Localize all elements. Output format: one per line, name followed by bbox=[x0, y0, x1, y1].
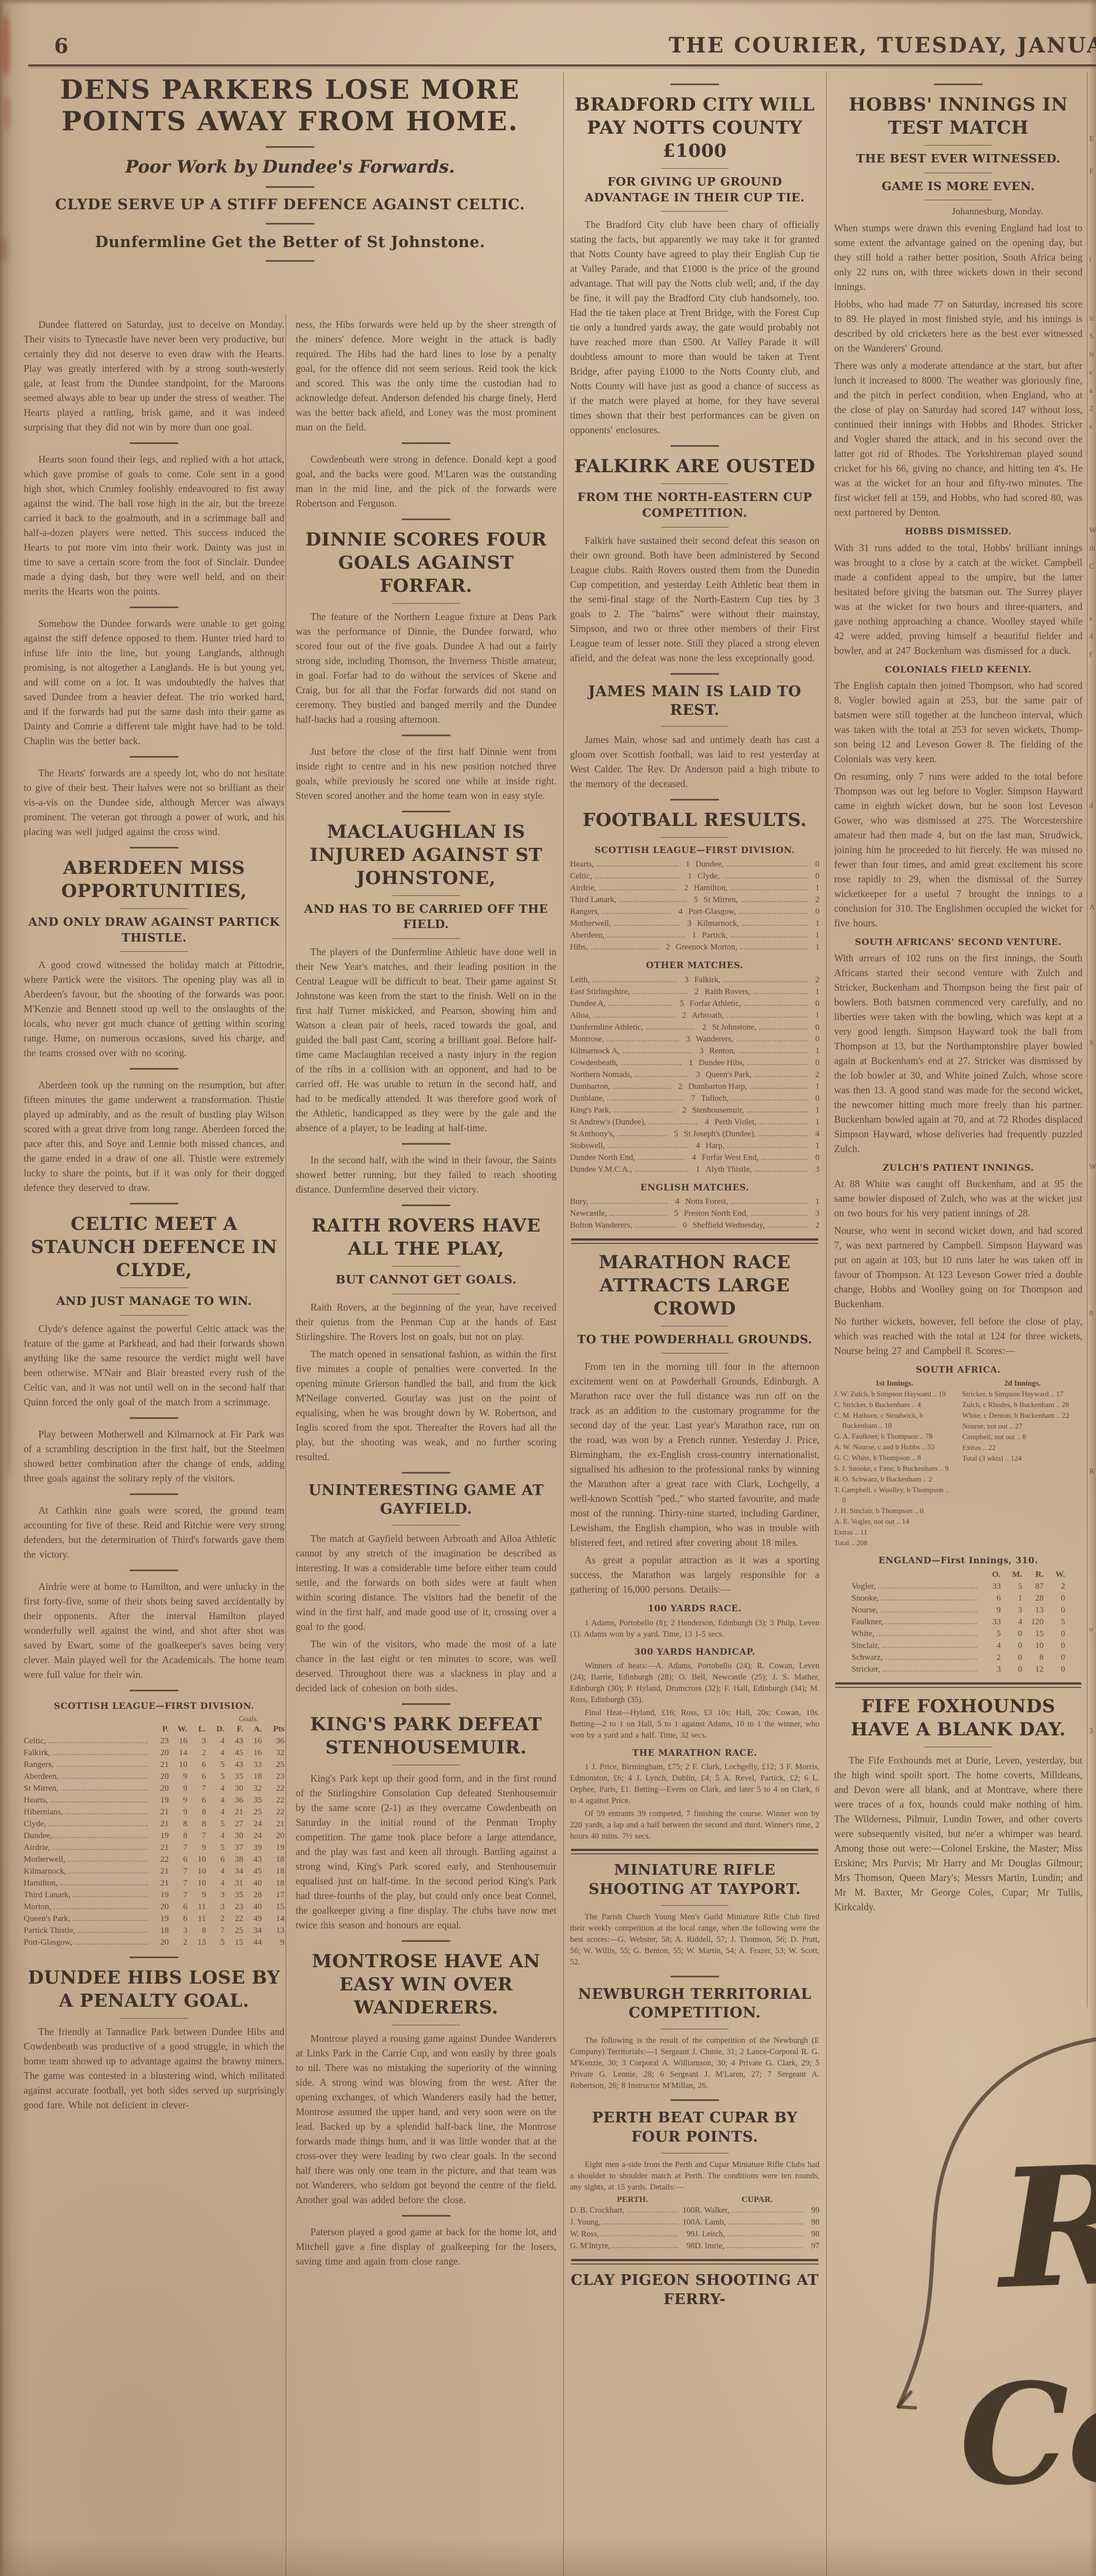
divider bbox=[661, 1326, 729, 1326]
divider bbox=[266, 223, 314, 225]
paragraph: The Parish Church Young Men's Guild Mini… bbox=[570, 1911, 819, 1968]
away-team: Sheffield Wednesday, bbox=[687, 1220, 765, 1232]
divider bbox=[670, 2099, 719, 2101]
small-subhead: SCOTTISH LEAGUE—FIRST DIVISION. bbox=[570, 843, 819, 856]
dot-leader bbox=[74, 1944, 148, 1945]
league-cell: 3 bbox=[169, 1925, 187, 1937]
divider bbox=[120, 951, 188, 952]
league-cell: 21 bbox=[262, 1818, 284, 1830]
league-row: Hearts,19964363522 bbox=[24, 1795, 284, 1806]
home-team: Airdrie, bbox=[570, 882, 596, 894]
league-cell: 22 bbox=[150, 1854, 169, 1866]
home-team: Stobswell, bbox=[570, 1140, 605, 1152]
league-cell: 6 bbox=[187, 1759, 206, 1771]
dot-leader bbox=[882, 1671, 977, 1672]
first-innings: J. W. Zulch, b Simpson Hayward .. 19C. S… bbox=[834, 1389, 954, 1549]
cut-text-fragment: W bbox=[1089, 1162, 1096, 1171]
home-score: 3 bbox=[681, 1034, 690, 1045]
masthead-title: THE COURIER, TUESDAY, JANUARY bbox=[669, 34, 1096, 57]
divider bbox=[571, 1849, 818, 1854]
shooter-name: W. Ross, bbox=[570, 2228, 599, 2240]
bowling-row: Stricker,30120 bbox=[852, 1664, 1065, 1676]
home-team: Dumbarton, bbox=[570, 1081, 610, 1093]
bowler-name: Nourse, bbox=[852, 1604, 878, 1616]
divider bbox=[934, 83, 983, 85]
paragraph: James Main, whose sad and untimely death… bbox=[570, 732, 819, 791]
column-rule bbox=[286, 314, 286, 2576]
detail-row: W. Ross,99J. Leitch,98 bbox=[570, 2228, 819, 2240]
divider bbox=[266, 260, 314, 262]
dot-leader bbox=[603, 2223, 678, 2225]
bowling-cell: 0 bbox=[1044, 1628, 1065, 1640]
paragraph: Cowdenbeath were strong in defence. Dona… bbox=[296, 452, 556, 511]
away-team: Hamilton, bbox=[688, 882, 727, 894]
league-cell: 7 bbox=[169, 1866, 187, 1878]
away-score: 0 bbox=[810, 906, 819, 918]
falkirk-ousted: FALKIRK ARE OUSTEDFROM THE NORTH-EASTERN… bbox=[570, 445, 819, 665]
dot-leader bbox=[753, 993, 808, 994]
dot-leader bbox=[751, 1215, 808, 1216]
league-cell: 22 bbox=[262, 1806, 284, 1818]
bowling-cell: 0 bbox=[1044, 1604, 1065, 1616]
paragraph: King's Park kept up their good form, and… bbox=[296, 1771, 556, 1932]
home-score: 2 bbox=[677, 1010, 686, 1022]
league-cell: 19 bbox=[150, 1913, 169, 1925]
home-score: 4 bbox=[670, 1196, 679, 1208]
bowling-row: Schwarz,2080 bbox=[852, 1652, 1065, 1664]
bowling-analysis: O.M.R.W.Vogler,335872Snooke,61280Nourse,… bbox=[852, 1569, 1065, 1676]
league-header-cell: W. bbox=[169, 1724, 187, 1735]
away-score: 4 bbox=[810, 1128, 819, 1140]
league-cell: 21 bbox=[150, 1806, 169, 1818]
league-cell: 49 bbox=[243, 1913, 262, 1925]
dot-leader bbox=[591, 948, 659, 949]
dot-leader bbox=[56, 1766, 148, 1767]
league-cell: 18 bbox=[262, 1878, 284, 1889]
bowling-cell: 9 bbox=[979, 1604, 1001, 1616]
cut-text-fragment: f bbox=[1089, 650, 1092, 659]
bowler-name: Schwarz, bbox=[852, 1652, 883, 1664]
kings-park: KING'S PARK DEFEAT STENHOUSEMUIR.King's … bbox=[296, 1703, 556, 1932]
home-team: Dundee Y.M.C.A., bbox=[570, 1164, 632, 1176]
result-row: East Stirlingshire,2Raith Rovers,1 bbox=[570, 986, 819, 998]
paragraph: There was only a moderate attendance at … bbox=[834, 358, 1082, 520]
league-cell: 8 bbox=[169, 1830, 187, 1842]
league-cell: 39 bbox=[243, 1842, 262, 1854]
dot-leader bbox=[619, 901, 686, 902]
left-entry: G. M'Intyre,98 bbox=[570, 2240, 695, 2252]
bowling-cell: 5 bbox=[1001, 1581, 1022, 1593]
league-cell: 2 bbox=[169, 1937, 187, 1949]
result-row: Alloa,2Arbroath,1 bbox=[570, 1010, 819, 1022]
dot-leader bbox=[885, 1659, 977, 1660]
league-cell: 4 bbox=[206, 1735, 225, 1747]
league-cell: 20 bbox=[150, 1901, 169, 1913]
dot-leader bbox=[731, 2212, 803, 2213]
second-innings-label: 2d Innings. bbox=[962, 1379, 1082, 1388]
league-row: St Mirren,20974303222 bbox=[24, 1783, 284, 1795]
divider bbox=[392, 1266, 460, 1267]
divider bbox=[661, 1905, 729, 1906]
league-cell: 14 bbox=[262, 1913, 284, 1925]
bowling-cell: 8 bbox=[1022, 1652, 1044, 1664]
dot-leader bbox=[52, 1754, 148, 1755]
away-score: 1 bbox=[810, 1196, 819, 1208]
away-team: Alyth Thistle, bbox=[700, 1164, 752, 1176]
league-cell: 45 bbox=[243, 1866, 262, 1878]
league-cell: 18 bbox=[262, 1854, 284, 1866]
result-row: Dundee North End,4Forfar West End,0 bbox=[570, 1152, 819, 1164]
dot-leader bbox=[77, 1932, 148, 1933]
left-entry: J. Young,100 bbox=[570, 2217, 695, 2228]
result-row: Kilmarnock A,3Renton,1 bbox=[570, 1045, 819, 1057]
league-cell: 30 bbox=[225, 1830, 243, 1842]
bowling-cell: 15 bbox=[1022, 1628, 1044, 1640]
league-cell: 6 bbox=[169, 1854, 187, 1866]
away-team: Forfar West End, bbox=[696, 1152, 759, 1164]
shooter-score: 99 bbox=[680, 2228, 695, 2240]
football-results: FOOTBALL RESULTS.SCOTTISH LEAGUE—FIRST D… bbox=[570, 799, 819, 1232]
dot-leader bbox=[617, 1135, 666, 1136]
league-cell: 20 bbox=[150, 1747, 169, 1759]
paragraph: Dundee flattered on Saturday, just to de… bbox=[24, 317, 284, 434]
paragraph: Hearts soon found their legs, and replie… bbox=[24, 452, 284, 599]
divider bbox=[392, 938, 460, 939]
shooter-name: D. Imrie, bbox=[695, 2240, 725, 2252]
home-score: 5 bbox=[675, 998, 684, 1010]
home-team: Dundee North End, bbox=[570, 1152, 635, 1164]
league-cell: 5 bbox=[206, 1771, 225, 1783]
league-cell: 14 bbox=[169, 1747, 187, 1759]
league-cell: 19 bbox=[262, 1842, 284, 1854]
montrose-wanderers: MONTROSE HAVE AN EASY WIN OVER WANDERERS… bbox=[296, 1940, 556, 2269]
away-score: 0 bbox=[810, 1057, 819, 1069]
league-cell: 18 bbox=[150, 1925, 169, 1937]
batting-line: Zulch, c Rhodes, b Buckenham .. 28 bbox=[962, 1400, 1082, 1410]
league-cell: 9 bbox=[169, 1795, 187, 1806]
club-name: Falkirk, bbox=[24, 1747, 50, 1759]
away-score: 2 bbox=[810, 1220, 819, 1232]
right-entry: R. Walker,99 bbox=[695, 2205, 819, 2217]
league-cell: 45 bbox=[225, 1747, 243, 1759]
dot-leader bbox=[731, 1203, 808, 1204]
bowler-name: Snooke, bbox=[852, 1593, 879, 1604]
paragraph: The feature of the Northern League fixtu… bbox=[296, 609, 556, 727]
league-cell: 4 bbox=[206, 1783, 225, 1795]
divider bbox=[130, 1570, 178, 1571]
home-score: 1 bbox=[681, 859, 690, 871]
away-team: Clyde, bbox=[692, 871, 720, 882]
batting-line: Total (3 wkts) .. 124 bbox=[962, 1453, 1082, 1463]
bowling-cell: 4 bbox=[1001, 1616, 1022, 1628]
column-3: BRADFORD CITY WILL PAY NOTTS COUNTY £100… bbox=[570, 76, 819, 2576]
column-1: Dundee flattered on Saturday, just to de… bbox=[24, 317, 284, 2576]
cut-text-fragment: W bbox=[1089, 526, 1096, 535]
bowling-row: Snooke,61280 bbox=[852, 1593, 1065, 1604]
result-row: Northern Nomads,3Queen's Park,2 bbox=[570, 1069, 819, 1081]
bowling-header-cell: R. bbox=[1022, 1569, 1044, 1581]
away-score: 3 bbox=[810, 1164, 819, 1176]
dot-leader bbox=[882, 1647, 977, 1648]
shooter-score: 98 bbox=[805, 2217, 819, 2228]
league-cell: 10 bbox=[187, 1854, 206, 1866]
aberdeen-partick: ABERDEEN MISS OPPORTUNITIES,AND ONLY DRA… bbox=[24, 847, 284, 1195]
league-cell: 44 bbox=[243, 1937, 262, 1949]
headline: BRADFORD CITY WILL PAY NOTTS COUNTY £100… bbox=[570, 93, 819, 162]
first-innings-label: 1st Innings. bbox=[834, 1379, 954, 1388]
result-row: Montrose,3Wanderers,0 bbox=[570, 1034, 819, 1045]
club-name: Dundee, bbox=[24, 1830, 52, 1842]
cut-text-fragment: C bbox=[1089, 562, 1094, 571]
home-team: East Stirlingshire, bbox=[570, 986, 630, 998]
away-score: 1 bbox=[810, 1140, 819, 1152]
home-score: 3 bbox=[691, 1069, 700, 1081]
column-rule bbox=[563, 72, 564, 2576]
dot-leader bbox=[755, 1076, 808, 1077]
dot-leader bbox=[635, 1171, 688, 1172]
away-team: Renton, bbox=[704, 1045, 735, 1057]
league-cell: 33 bbox=[243, 1759, 262, 1771]
league-row: Clyde,21885272421 bbox=[24, 1818, 284, 1830]
home-score: 5 bbox=[669, 1208, 678, 1220]
headline: ABERDEEN MISS OPPORTUNITIES, bbox=[24, 856, 284, 903]
batting-line: Campbell, not out .. 8 bbox=[962, 1432, 1082, 1442]
small-subhead: ENGLAND—First Innings, 310. bbox=[834, 1554, 1082, 1567]
result-row: Dundee Y.M.C.A.,1Alyth Thistle,3 bbox=[570, 1164, 819, 1176]
league-header-cell: D. bbox=[206, 1724, 225, 1735]
league-header-row: P.W.L.D.F.A.Pts bbox=[24, 1724, 284, 1735]
bowler-name: Sinclair, bbox=[852, 1640, 880, 1652]
paragraph: Nourse, who went in second wicket down, … bbox=[834, 1223, 1082, 1311]
league-cell: 21 bbox=[225, 1806, 243, 1818]
league-cell: 13 bbox=[262, 1925, 284, 1937]
away-team: Harp, bbox=[700, 1140, 724, 1152]
paragraph: ness, the Hibs forwards were held up by … bbox=[296, 317, 556, 434]
batting-line: T. Campbell, c Woolley, b Thompson .. 0 bbox=[834, 1485, 954, 1505]
home-team: Kilmarnock A, bbox=[570, 1045, 620, 1057]
club-name: Partick Thistle, bbox=[24, 1925, 75, 1937]
headline: JAMES MAIN IS LAID TO REST. bbox=[570, 683, 819, 721]
divider bbox=[661, 2153, 729, 2153]
league-cell: 4 bbox=[206, 1806, 225, 1818]
divider bbox=[402, 1940, 450, 1942]
paragraph: The win of the visitors, who made the mo… bbox=[296, 1637, 556, 1695]
detail-row: D. B. Crockhart,100R. Walker,99 bbox=[570, 2205, 819, 2217]
away-score: 0 bbox=[810, 871, 819, 882]
innings-headers: 1st Innings.2d Innings. bbox=[834, 1379, 1082, 1388]
dot-leader bbox=[747, 1064, 808, 1065]
shooter-name: J. Young, bbox=[570, 2217, 600, 2228]
league-cell: 21 bbox=[150, 1842, 169, 1854]
club-name: Rangers, bbox=[24, 1759, 54, 1771]
dot-leader bbox=[73, 1920, 148, 1921]
dot-leader bbox=[52, 1849, 148, 1850]
scan-stain bbox=[1, 15, 10, 77]
away-team: St Mirren, bbox=[698, 894, 738, 906]
batting-line: C. Stricker, b Buckenham .. 4 bbox=[834, 1400, 954, 1410]
home-score: 1 bbox=[691, 1164, 700, 1176]
small-subhead: ZULCH'S PATIENT INNINGS. bbox=[834, 1161, 1082, 1174]
small-subhead: THE MARATHON RACE. bbox=[570, 1746, 819, 1759]
league-cell: 20 bbox=[150, 1937, 169, 1949]
masthead-rule bbox=[28, 64, 1096, 68]
dot-leader bbox=[885, 1623, 977, 1624]
headline: MACLAUGHLAN IS INJURED AGAINST ST JOHNST… bbox=[296, 820, 556, 890]
ad-script-word-2: Coo bbox=[958, 2362, 1096, 2505]
bowling-cell: 0 bbox=[1001, 1640, 1022, 1652]
league-cell: 7 bbox=[187, 1783, 206, 1795]
league-cell: 9 bbox=[169, 1771, 187, 1783]
divider bbox=[266, 186, 314, 188]
league-cell: 4 bbox=[206, 1878, 225, 1889]
league-row: Queen's Park,196112224914 bbox=[24, 1913, 284, 1925]
small-subhead: 100 YARDS RACE. bbox=[570, 1602, 819, 1615]
league-cell: 4 bbox=[206, 1747, 225, 1759]
divider bbox=[402, 1143, 450, 1145]
away-team: Dundee, bbox=[690, 859, 724, 871]
dot-leader bbox=[597, 865, 678, 867]
dot-leader bbox=[50, 1801, 148, 1803]
deck-headline: THE BEST EVER WITNESSED. bbox=[834, 151, 1082, 167]
shooter-score: 97 bbox=[805, 2240, 819, 2252]
league-row: Dundee,19874302420 bbox=[24, 1830, 284, 1842]
away-team: Port-Glasgow, bbox=[683, 906, 736, 918]
dot-leader bbox=[49, 1742, 148, 1743]
result-row: Dundee A,5Forfar Athletic,0 bbox=[570, 998, 819, 1010]
newspaper-page: 6 THE COURIER, TUESDAY, JANUARY DENS PAR… bbox=[0, 0, 1096, 2576]
paragraph: Somehow the Dundee forwards were unable … bbox=[24, 616, 284, 748]
club-name: Clyde, bbox=[24, 1818, 46, 1830]
league-cell: 3 bbox=[206, 1889, 225, 1901]
league-cell: 21 bbox=[150, 1759, 169, 1771]
divider bbox=[835, 1682, 1081, 1688]
dot-leader bbox=[649, 1123, 697, 1124]
dot-leader bbox=[622, 1052, 692, 1053]
dot-leader bbox=[760, 1123, 808, 1124]
dot-leader bbox=[633, 993, 687, 994]
league-row: Rangers,211065433325 bbox=[24, 1759, 284, 1771]
raith-rovers: RAITH ROVERS HAVE ALL THE PLAY,BUT CANNO… bbox=[296, 1205, 556, 1464]
divider bbox=[130, 847, 178, 849]
club-name: St Mirren, bbox=[24, 1783, 59, 1795]
dot-leader bbox=[750, 1088, 808, 1089]
league-cell: 19 bbox=[150, 1795, 169, 1806]
home-team: Aberdeen, bbox=[570, 930, 604, 942]
league-cell: 25 bbox=[225, 1925, 243, 1937]
headline: PERTH BEAT CUPAR BY FOUR POINTS. bbox=[570, 2109, 819, 2147]
home-score: 4 bbox=[700, 1116, 709, 1128]
league-cell: 7 bbox=[169, 1878, 187, 1889]
league-cell: 9 bbox=[187, 1889, 206, 1901]
league-cell: 7 bbox=[206, 1925, 225, 1937]
divider bbox=[661, 726, 729, 727]
bowling-cell: 0 bbox=[1044, 1664, 1065, 1676]
league-cell: 32 bbox=[262, 1747, 284, 1759]
divider bbox=[120, 2018, 188, 2019]
home-score: 3 bbox=[679, 974, 689, 986]
away-team: Queen's Park, bbox=[700, 1069, 752, 1081]
result-row: Leith,3Falkirk,2 bbox=[570, 974, 819, 986]
celtic-clyde: CELTIC MEET A STAUNCH DEFENCE IN CLYDE,A… bbox=[24, 1203, 284, 1682]
batting-line: A. W. Nourse, c and b Hobbs .. 53 bbox=[834, 1442, 954, 1452]
league-cell: 19 bbox=[150, 1830, 169, 1842]
divider bbox=[120, 1315, 188, 1316]
dot-leader bbox=[635, 1076, 688, 1077]
league-cell: 21 bbox=[150, 1866, 169, 1878]
dot-leader bbox=[646, 1028, 695, 1030]
dot-leader bbox=[601, 2235, 678, 2236]
bowling-cell: 5 bbox=[1044, 1616, 1065, 1628]
deck-headline: BUT CANNOT GET GOALS. bbox=[296, 1272, 556, 1288]
paragraph: At 88 White was caught off Buckenham, an… bbox=[834, 1176, 1082, 1220]
paragraph: The Bradford City club have been chary o… bbox=[570, 217, 819, 437]
bowling-cell: 13 bbox=[1022, 1604, 1044, 1616]
cut-text-fragment: s bbox=[1089, 614, 1092, 623]
club-name: Hibernians, bbox=[24, 1806, 63, 1818]
home-score: 4 bbox=[691, 1140, 700, 1152]
league-cell: 24 bbox=[243, 1830, 262, 1842]
dot-leader bbox=[761, 1159, 808, 1160]
dot-leader bbox=[591, 1203, 668, 1204]
paragraph: With arrears of 102 runs on the first in… bbox=[834, 951, 1082, 1156]
league-cell: 20 bbox=[150, 1771, 169, 1783]
paragraph: On resuming, only 7 runs were added to t… bbox=[834, 769, 1082, 930]
league-cell: 3 bbox=[187, 1735, 206, 1747]
lead-article-header: DENS PARKERS LOSE MORE POINTS AWAY FROM … bbox=[24, 73, 556, 270]
cut-text-fragment: d bbox=[1089, 801, 1093, 810]
headline: MARATHON RACE ATTRACTS LARGE CROWD bbox=[570, 1251, 819, 1320]
league-cell: 25 bbox=[243, 1806, 262, 1818]
away-score: 0 bbox=[810, 1022, 819, 1034]
league-cell: 5 bbox=[206, 1842, 225, 1854]
league-cell: 2 bbox=[206, 1913, 225, 1925]
result-row: Stobswell,4Harp,1 bbox=[570, 1140, 819, 1152]
league-cell: 23 bbox=[225, 1901, 243, 1913]
bowling-cell: 10 bbox=[1022, 1640, 1044, 1652]
column-rule bbox=[826, 72, 827, 2576]
cut-text-fragment: s bbox=[1089, 422, 1092, 431]
dot-leader bbox=[742, 925, 808, 926]
league-cell: 40 bbox=[243, 1901, 262, 1913]
bowling-row: Faulkner,3341205 bbox=[852, 1616, 1065, 1628]
league-header-cell: L. bbox=[187, 1724, 206, 1735]
away-team: Dumbarton Harp, bbox=[682, 1081, 747, 1093]
dot-leader bbox=[594, 1017, 674, 1018]
left-entry: D. B. Crockhart,100 bbox=[570, 2205, 695, 2217]
league-header-cell: Pts bbox=[262, 1724, 284, 1735]
scan-stain bbox=[6, 1354, 11, 1478]
away-team: Kilmarnock, bbox=[691, 918, 739, 930]
dot-leader bbox=[878, 1588, 977, 1589]
home-team: Montrose, bbox=[570, 1034, 604, 1045]
dot-leader bbox=[768, 1227, 808, 1228]
divider bbox=[670, 83, 719, 85]
paragraph: The Fife Foxhounds met at Durie, Leven, … bbox=[834, 1753, 1082, 1914]
league-cell: 16 bbox=[243, 1747, 262, 1759]
dot-leader bbox=[882, 1599, 977, 1601]
result-row: King's Park,2Stenhousemuir,1 bbox=[570, 1105, 819, 1116]
league-cell: 37 bbox=[225, 1842, 243, 1854]
column-rule bbox=[1087, 72, 1088, 2007]
league-cell: 31 bbox=[225, 1878, 243, 1889]
hobbs-test-match: HOBBS' INNINGS IN TEST MATCHTHE BEST EVE… bbox=[834, 83, 1082, 1676]
dinnie-forfar: DINNIE SCORES FOUR GOALS AGAINST FORFAR.… bbox=[296, 518, 556, 803]
divider bbox=[130, 1417, 178, 1419]
dot-leader bbox=[61, 1790, 148, 1791]
advertisement: Ro Coo bbox=[830, 2008, 1096, 2576]
paragraph: The players of the Dunfermline Athletic … bbox=[296, 944, 556, 1135]
home-score: 5 bbox=[669, 1128, 678, 1140]
